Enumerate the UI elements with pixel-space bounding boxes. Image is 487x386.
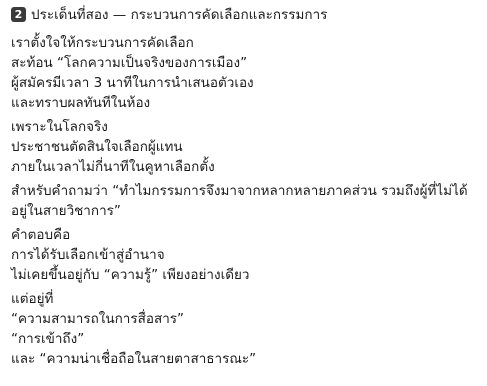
- paragraph-selection-intent: เราตั้งใจให้กระบวนการคัดเลือก สะท้อน “โล…: [11, 33, 483, 113]
- keycap-number-icon: 2: [11, 7, 26, 22]
- text-line: อยู่ในสายวิชาการ”: [11, 201, 483, 221]
- text-line: สะท้อน “โลกความเป็นจริงของการเมือง”: [11, 53, 483, 73]
- paragraph-qualities: แต่อยู่ที่ “ความสามารถในการสื่อสาร” “การ…: [11, 289, 483, 369]
- text-line: “การเข้าถึง”: [11, 329, 483, 349]
- section-title: ประเด็นที่สอง — กระบวนการคัดเลือกและกรรม…: [31, 3, 327, 25]
- text-line: เพราะในโลกจริง: [11, 117, 483, 137]
- text-line: คำตอบคือ: [11, 225, 483, 245]
- paragraph-real-world: เพราะในโลกจริง ประชาชนตัดสินใจเลือกผู้แท…: [11, 117, 483, 177]
- paragraph-answer: คำตอบคือ การได้รับเลือกเข้าสู่อำนาจ ไม่เ…: [11, 225, 483, 285]
- text-line: การได้รับเลือกเข้าสู่อำนาจ: [11, 245, 483, 265]
- text-line: สำหรับคำถามว่า “ทำไมกรรมการจึงมาจากหลากห…: [11, 181, 483, 201]
- text-line: “ความสามารถในการสื่อสาร”: [11, 309, 483, 329]
- text-line: ประชาชนตัดสินใจเลือกผู้แทน: [11, 137, 483, 157]
- text-line: และทราบผลทันทีในห้อง: [11, 93, 483, 113]
- section-heading: 2 ประเด็นที่สอง — กระบวนการคัดเลือกและกร…: [11, 3, 483, 25]
- post-body: 2 ประเด็นที่สอง — กระบวนการคัดเลือกและกร…: [11, 3, 483, 373]
- text-line: และ “ความน่าเชื่อถือในสายตาสาธารณะ”: [11, 349, 483, 369]
- paragraph-question: สำหรับคำถามว่า “ทำไมกรรมการจึงมาจากหลากห…: [11, 181, 483, 221]
- text-line: ผู้สมัครมีเวลา 3 นาทีในการนำเสนอตัวเอง: [11, 73, 483, 93]
- text-line: แต่อยู่ที่: [11, 289, 483, 309]
- text-line: ภายในเวลาไม่กี่นาทีในคูหาเลือกตั้ง: [11, 157, 483, 177]
- text-line: ไม่เคยขึ้นอยู่กับ “ความรู้” เพียงอย่างเด…: [11, 265, 483, 285]
- text-line: เราตั้งใจให้กระบวนการคัดเลือก: [11, 33, 483, 53]
